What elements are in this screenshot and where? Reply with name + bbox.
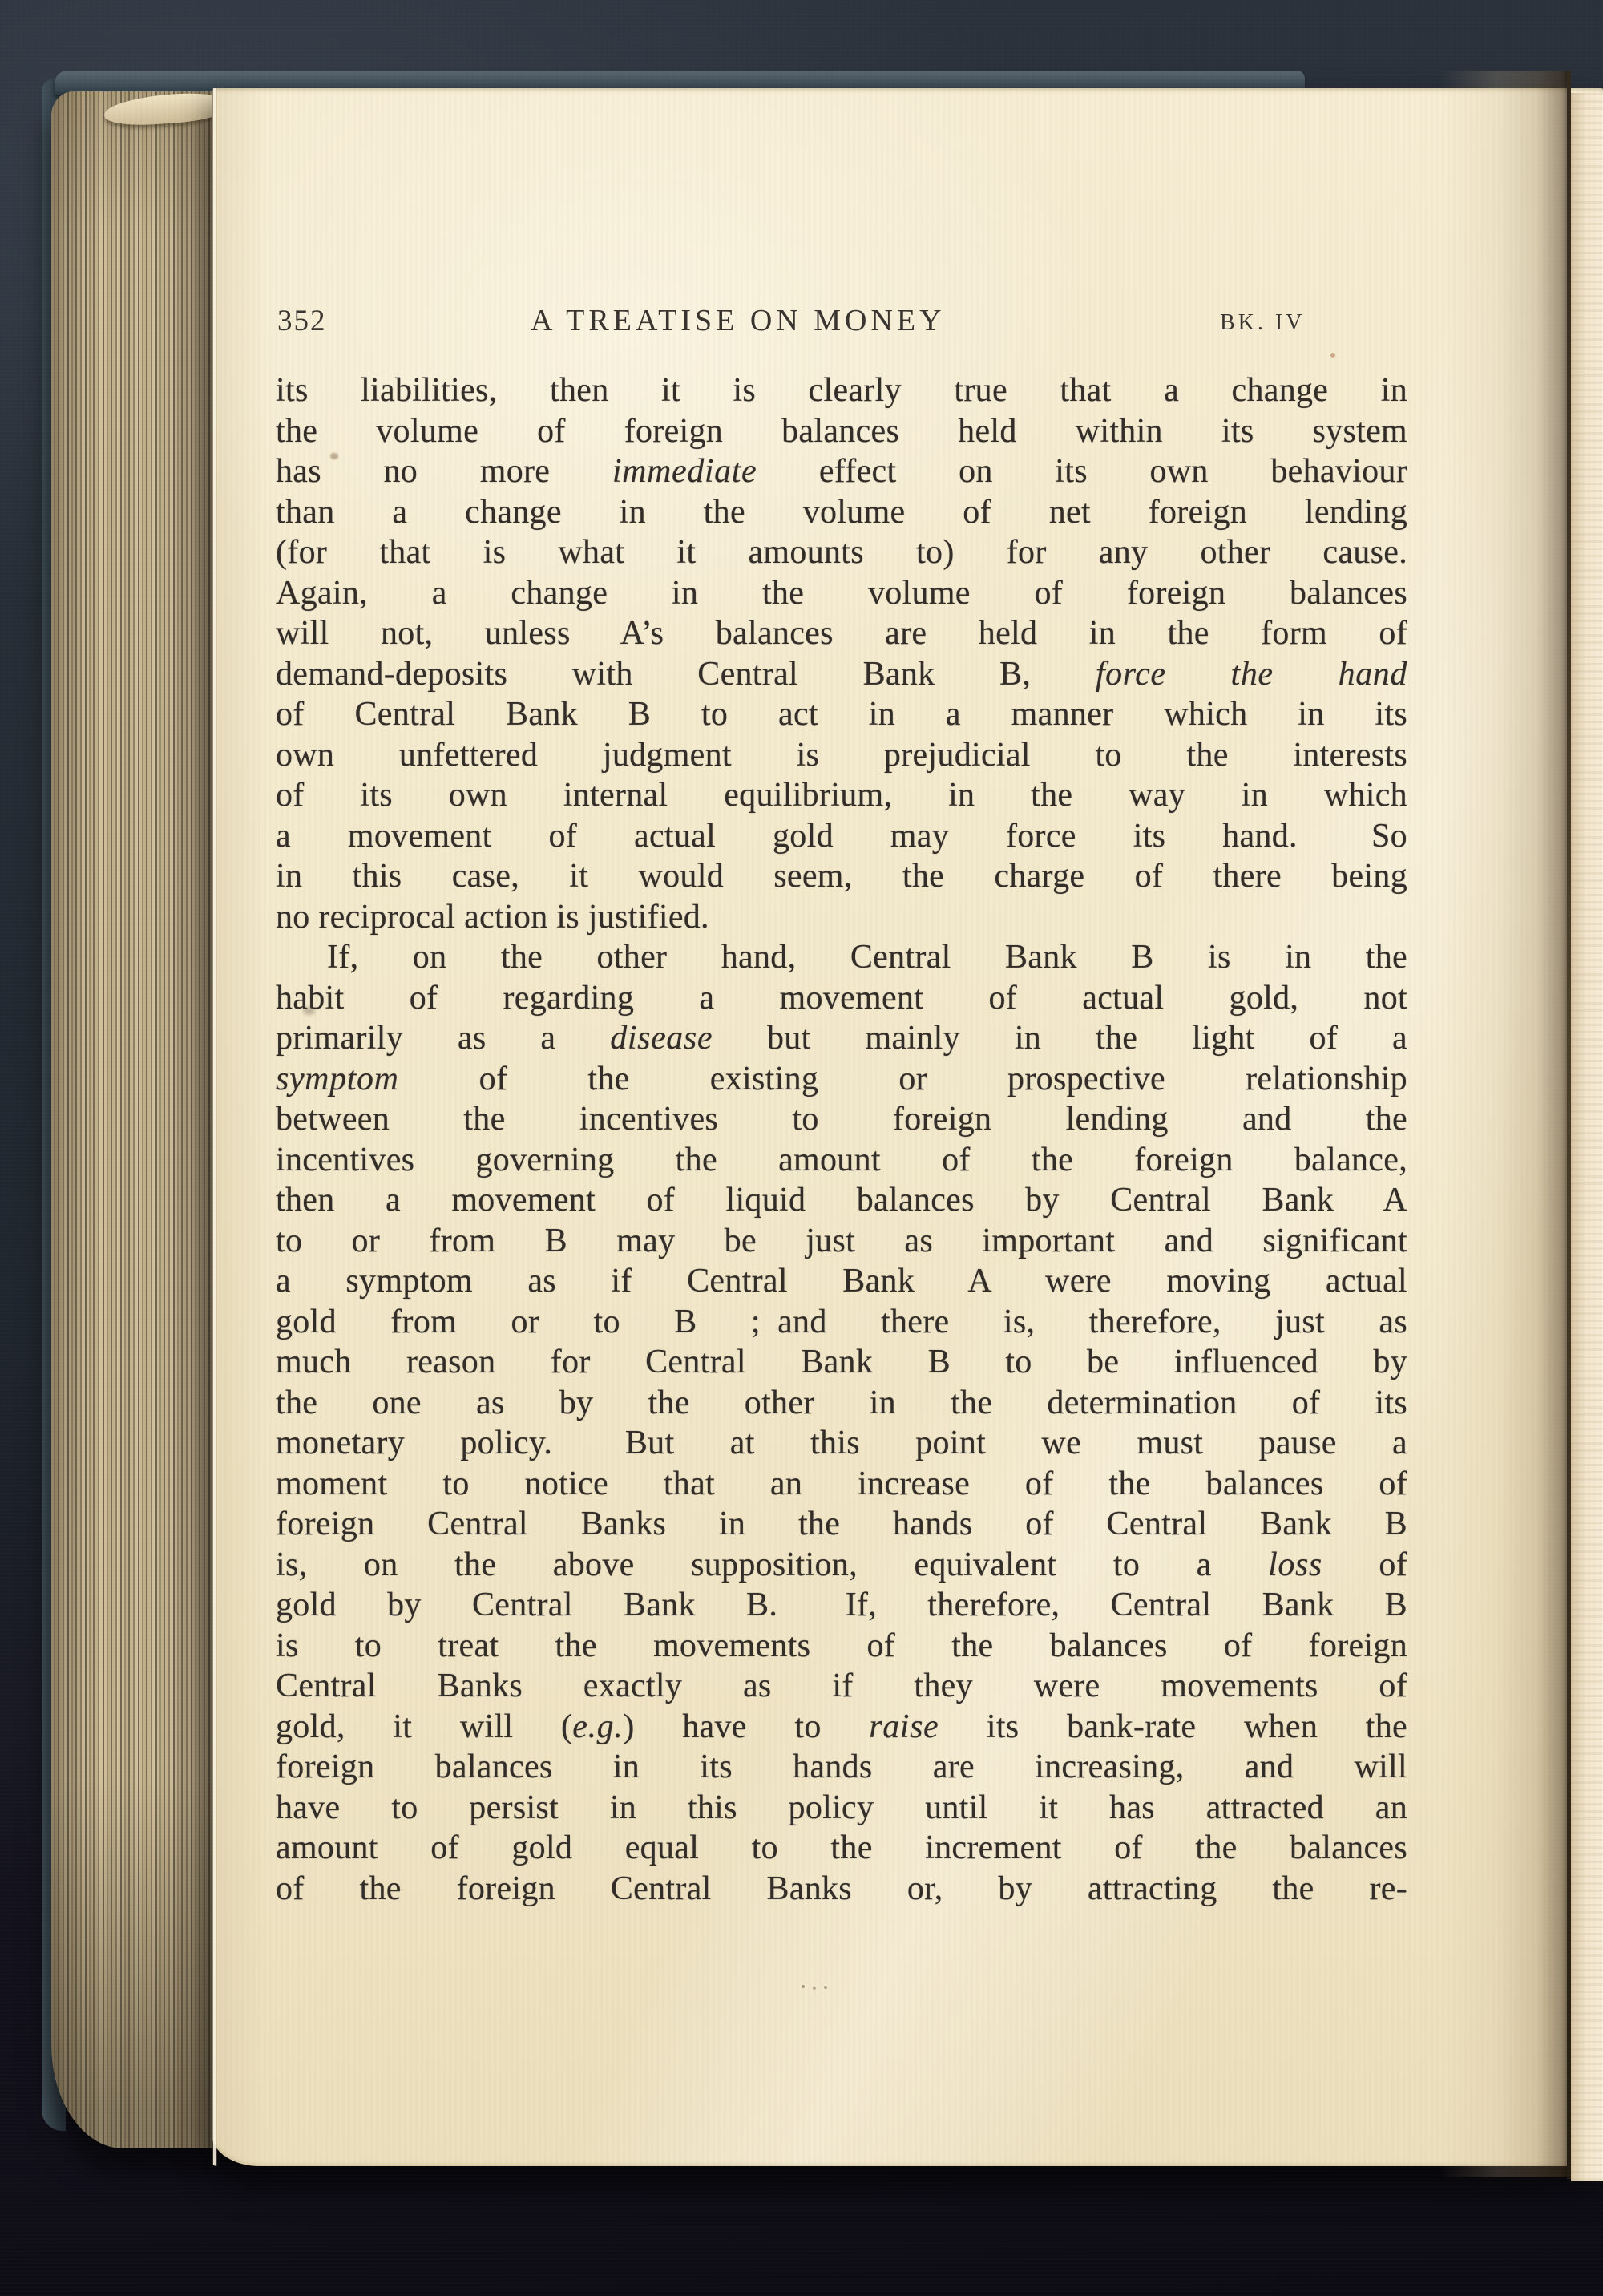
book-page: 352 A TREATISE ON MONEY BK. IV its liabi… bbox=[212, 88, 1603, 2166]
text-body: its liabilities, then it is clearly true… bbox=[276, 370, 1407, 1909]
text-line: habit of regarding a movement of actual … bbox=[276, 978, 1407, 1019]
text-line: gold, it will (e.g.) have to raise its b… bbox=[276, 1707, 1407, 1748]
text-line: is, on the above supposition, equivalent… bbox=[276, 1545, 1407, 1586]
text-line: a symptom as if Central Bank A were movi… bbox=[276, 1261, 1407, 1302]
text-line: gold by Central Bank B. If, therefore, C… bbox=[276, 1585, 1407, 1626]
text-line: much reason for Central Bank B to be inf… bbox=[276, 1342, 1407, 1383]
text-line: symptom of the existing or prospective r… bbox=[276, 1059, 1407, 1100]
text-line: its liabilities, then it is clearly true… bbox=[276, 370, 1407, 411]
text-line: between the incentives to foreign lendin… bbox=[276, 1099, 1407, 1140]
text-line: to or from B may be just as important an… bbox=[276, 1221, 1407, 1262]
paragraph: If, on the other hand, Central Bank B is… bbox=[276, 937, 1407, 1909]
text-line: demand-deposits with Central Bank B, for… bbox=[276, 654, 1407, 695]
text-line: gold from or to B ; and there is, theref… bbox=[276, 1302, 1407, 1343]
text-line: than a change in the volume of net forei… bbox=[276, 492, 1407, 533]
text-line: Again, a change in the volume of foreign… bbox=[276, 573, 1407, 614]
book-section-ref: BK. IV bbox=[1220, 310, 1305, 336]
text-line: (for that is what it amounts to) for any… bbox=[276, 532, 1407, 573]
text-line: is to treat the movements of the balance… bbox=[276, 1626, 1407, 1667]
paragraph: its liabilities, then it is clearly true… bbox=[276, 370, 1407, 937]
text-line: no reciprocal action is justified. bbox=[276, 897, 1407, 938]
text-line: own unfettered judgment is prejudicial t… bbox=[276, 735, 1407, 776]
text-line: If, on the other hand, Central Bank B is… bbox=[276, 937, 1407, 978]
text-line: a movement of actual gold may force its … bbox=[276, 816, 1407, 857]
running-header: 352 A TREATISE ON MONEY BK. IV bbox=[276, 290, 1407, 342]
text-line: then a movement of liquid balances by Ce… bbox=[276, 1180, 1407, 1221]
page-content: 352 A TREATISE ON MONEY BK. IV its liabi… bbox=[276, 290, 1407, 1909]
text-line: monetary policy. But at this point we mu… bbox=[276, 1423, 1407, 1464]
text-line: the one as by the other in the determina… bbox=[276, 1383, 1407, 1424]
text-line: has no more immediate effect on its own … bbox=[276, 451, 1407, 492]
text-line: of the foreign Central Banks or, by attr… bbox=[276, 1869, 1407, 1910]
text-line: primarily as a disease but mainly in the… bbox=[276, 1018, 1407, 1059]
photo-of-book-page: { "page": { "header": { "page_number": "… bbox=[0, 0, 1603, 2296]
text-line: amount of gold equal to the increment of… bbox=[276, 1828, 1407, 1869]
text-line: have to persist in this policy until it … bbox=[276, 1788, 1407, 1829]
open-book: 352 A TREATISE ON MONEY BK. IV its liabi… bbox=[42, 71, 1603, 2177]
text-line: foreign balances in its hands are increa… bbox=[276, 1747, 1407, 1788]
text-line: Central Banks exactly as if they were mo… bbox=[276, 1666, 1407, 1707]
text-line: foreign Central Banks in the hands of Ce… bbox=[276, 1504, 1407, 1545]
paper-fleck bbox=[1330, 353, 1335, 358]
page-title: A TREATISE ON MONEY bbox=[531, 303, 946, 338]
text-line: in this case, it would seem, the charge … bbox=[276, 856, 1407, 897]
text-line: the volume of foreign balances held with… bbox=[276, 411, 1407, 452]
text-line: moment to notice that an increase of the… bbox=[276, 1464, 1407, 1505]
text-line: of Central Bank B to act in a manner whi… bbox=[276, 694, 1407, 735]
paper-smudge bbox=[303, 1007, 315, 1015]
facing-page-sliver bbox=[1571, 93, 1603, 2181]
text-line: incentives governing the amount of the f… bbox=[276, 1140, 1407, 1181]
page-number: 352 bbox=[277, 304, 327, 338]
text-line: of its own internal equilibrium, in the … bbox=[276, 775, 1407, 816]
paper-dots bbox=[801, 1985, 805, 1988]
page-stack-fore-edge bbox=[51, 91, 234, 2148]
text-line: will not, unless A’s balances are held i… bbox=[276, 613, 1407, 654]
paper-speck bbox=[330, 453, 338, 459]
